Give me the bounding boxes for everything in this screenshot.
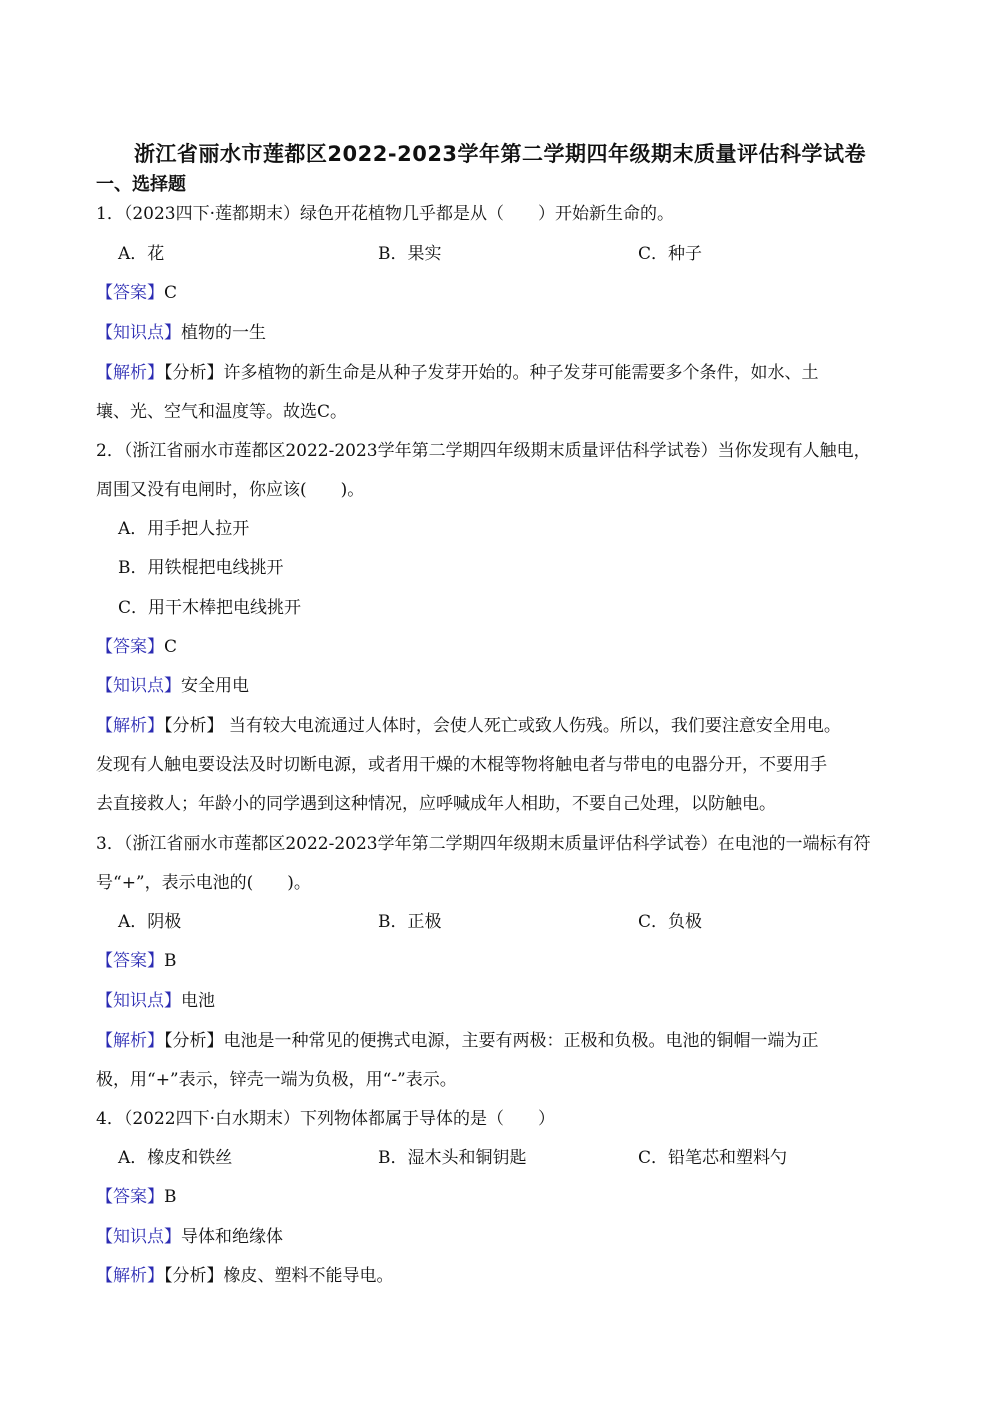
question-4-analysis: 【解析】【分析】橡皮、塑料不能导电。 (96, 1264, 394, 1288)
question-3-answer: 【答案】B (96, 949, 177, 973)
question-4-stem: 4．（2022四下·白水期末）下列物体都属于导体的是（ ） (96, 1107, 555, 1131)
question-1-knowledge: 【知识点】植物的一生 (96, 321, 266, 345)
question-3-knowledge: 【知识点】电池 (96, 989, 215, 1013)
question-1-option-a: A．花 (118, 242, 164, 266)
question-3-option-b: B．正极 (378, 910, 442, 934)
question-1-option-b: B．果实 (378, 242, 442, 266)
question-3-stem-cont: 号“+”，表示电池的( )。 (96, 871, 311, 895)
question-3-stem: 3．（浙江省丽水市莲都区2022-2023学年第二学期四年级期末质量评估科学试卷… (96, 832, 871, 856)
question-1-analysis-cont: 壤、光、空气和温度等。故选C。 (96, 400, 347, 424)
question-2-analysis: 【解析】【分析】 当有较大电流通过人体时，会使人死亡或致人伤残。所以，我们要注意… (96, 714, 841, 738)
page-title: 浙江省丽水市莲都区2022-2023学年第二学期四年级期末质量评估科学试卷 (0, 138, 1000, 168)
question-2-knowledge: 【知识点】安全用电 (96, 674, 249, 698)
question-2-option-c: C．用干木棒把电线挑开 (118, 596, 301, 620)
question-2-answer: 【答案】C (96, 635, 177, 659)
question-2-option-b: B．用铁棍把电线挑开 (118, 556, 284, 580)
question-1-analysis: 【解析】【分析】许多植物的新生命是从种子发芽开始的。种子发芽可能需要多个条件，如… (96, 361, 819, 385)
question-2-option-a: A．用手把人拉开 (118, 517, 249, 541)
question-2-analysis-cont-2: 去直接救人；年龄小的同学遇到这种情况，应呼喊成年人相助，不要自己处理，以防触电。 (96, 792, 776, 816)
question-4-option-b: B．湿木头和铜钥匙 (378, 1146, 527, 1170)
question-2-analysis-cont-1: 发现有人触电要设法及时切断电源，或者用干燥的木棍等物将触电者与带电的电器分开，不… (96, 753, 827, 777)
question-1-stem: 1．（2023四下·莲都期末）绿色开花植物几乎都是从（ ）开始新生命的。 (96, 202, 674, 226)
question-2-stem-cont: 周围又没有电闸时，你应该( )。 (96, 478, 364, 502)
question-4-option-c: C．铅笔芯和塑料勺 (638, 1146, 787, 1170)
question-4-option-a: A．橡皮和铁丝 (118, 1146, 232, 1170)
question-4-knowledge: 【知识点】导体和绝缘体 (96, 1225, 283, 1249)
question-1-answer: 【答案】C (96, 281, 177, 305)
question-3-option-a: A．阴极 (118, 910, 181, 934)
question-2-stem: 2．（浙江省丽水市莲都区2022-2023学年第二学期四年级期末质量评估科学试卷… (96, 439, 871, 463)
question-3-option-c: C．负极 (638, 910, 702, 934)
question-4-answer: 【答案】B (96, 1185, 177, 1209)
question-3-analysis-cont: 极，用“+”表示，锌壳一端为负极，用“-”表示。 (96, 1068, 457, 1092)
question-3-analysis: 【解析】【分析】电池是一种常见的便携式电源，主要有两极：正极和负极。电池的铜帽一… (96, 1029, 819, 1053)
question-1-option-c: C．种子 (638, 242, 702, 266)
section-heading: 一、选择题 (96, 170, 186, 196)
